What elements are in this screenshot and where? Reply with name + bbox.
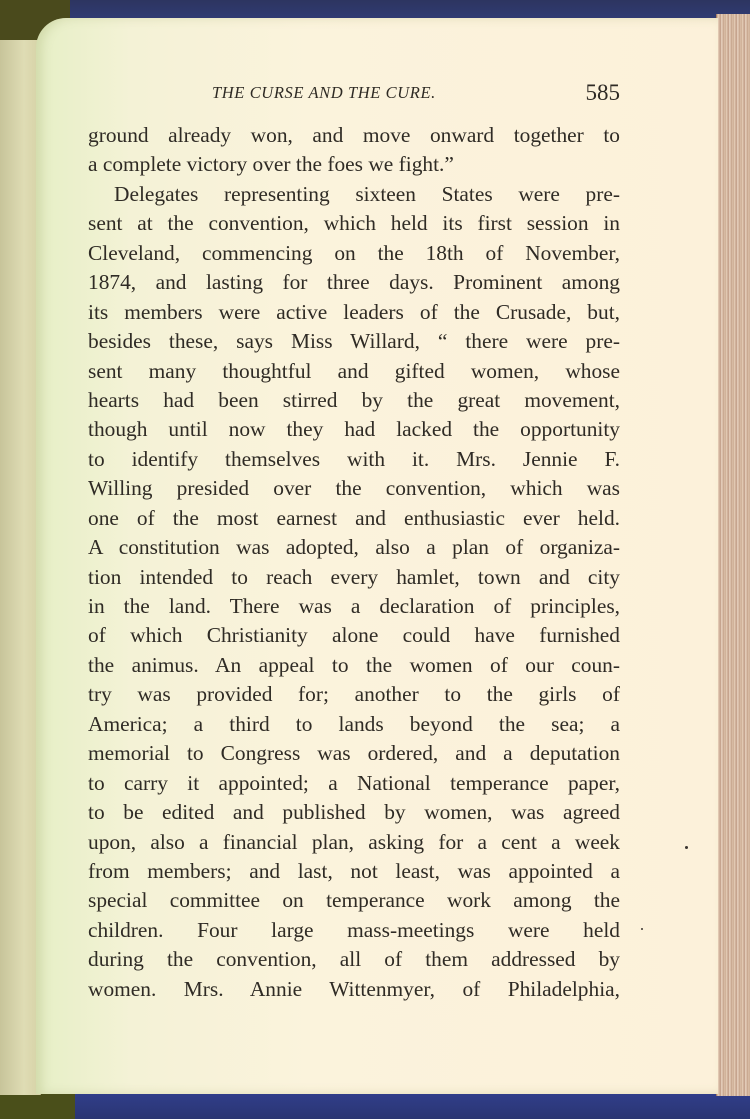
- previous-page-edge: [0, 40, 41, 1095]
- text-line: 1874, and lasting for three days. Promin…: [88, 268, 620, 297]
- text-line: though until now they had lacked the opp…: [88, 415, 620, 444]
- text-line: memorial to Congress was ordered, and a …: [88, 739, 620, 768]
- text-line: of which Christianity alone could have f…: [88, 621, 620, 650]
- text-line: from members; and last, not least, was a…: [88, 857, 620, 886]
- running-title: THE CURSE AND THE CURE.: [212, 83, 436, 103]
- text-line: women. Mrs. Annie Wittenmyer, of Philade…: [88, 975, 620, 1004]
- text-line: Cleveland, commencing on the 18th of Nov…: [88, 239, 620, 268]
- text-line: to identify themselves with it. Mrs. Jen…: [88, 445, 620, 474]
- text-line: special committee on temperance work amo…: [88, 886, 620, 915]
- text-line: A constitution was adopted, also a plan …: [88, 533, 620, 562]
- page-number: 585: [586, 80, 621, 106]
- text-line: in the land. There was a declaration of …: [88, 592, 620, 621]
- text-line: America; a third to lands beyond the sea…: [88, 710, 620, 739]
- paper-speck: [641, 928, 643, 930]
- running-head: THE CURSE AND THE CURE. 585: [88, 80, 620, 110]
- text-line: to carry it appointed; a National temper…: [88, 769, 620, 798]
- text-line: Willing presided over the convention, wh…: [88, 474, 620, 503]
- text-line: children. Four large mass-meetings were …: [88, 916, 620, 945]
- body-text: ground already won, and move onward toge…: [88, 121, 620, 1004]
- text-line: the animus. An appeal to the women of ou…: [88, 651, 620, 680]
- text-line: during the convention, all of them addre…: [88, 945, 620, 974]
- text-line: hearts had been stirred by the great mov…: [88, 386, 620, 415]
- text-line: Delegates representing sixteen States we…: [88, 180, 620, 209]
- text-line: one of the most earnest and enthusiastic…: [88, 504, 620, 533]
- page-fore-edge: [716, 14, 750, 1096]
- text-line: to be edited and published by women, was…: [88, 798, 620, 827]
- text-line: sent many thoughtful and gifted women, w…: [88, 357, 620, 386]
- text-line: upon, also a financial plan, asking for …: [88, 828, 620, 857]
- text-line: besides these, says Miss Willard, “ ther…: [88, 327, 620, 356]
- text-line: try was provided for; another to the gir…: [88, 680, 620, 709]
- paper-speck: [685, 846, 688, 849]
- text-line: its members were active leaders of the C…: [88, 298, 620, 327]
- text-line: a complete victory over the foes we figh…: [88, 150, 620, 179]
- text-line: tion intended to reach every hamlet, tow…: [88, 563, 620, 592]
- text-line: ground already won, and move onward toge…: [88, 121, 620, 150]
- text-line: sent at the convention, which held its f…: [88, 209, 620, 238]
